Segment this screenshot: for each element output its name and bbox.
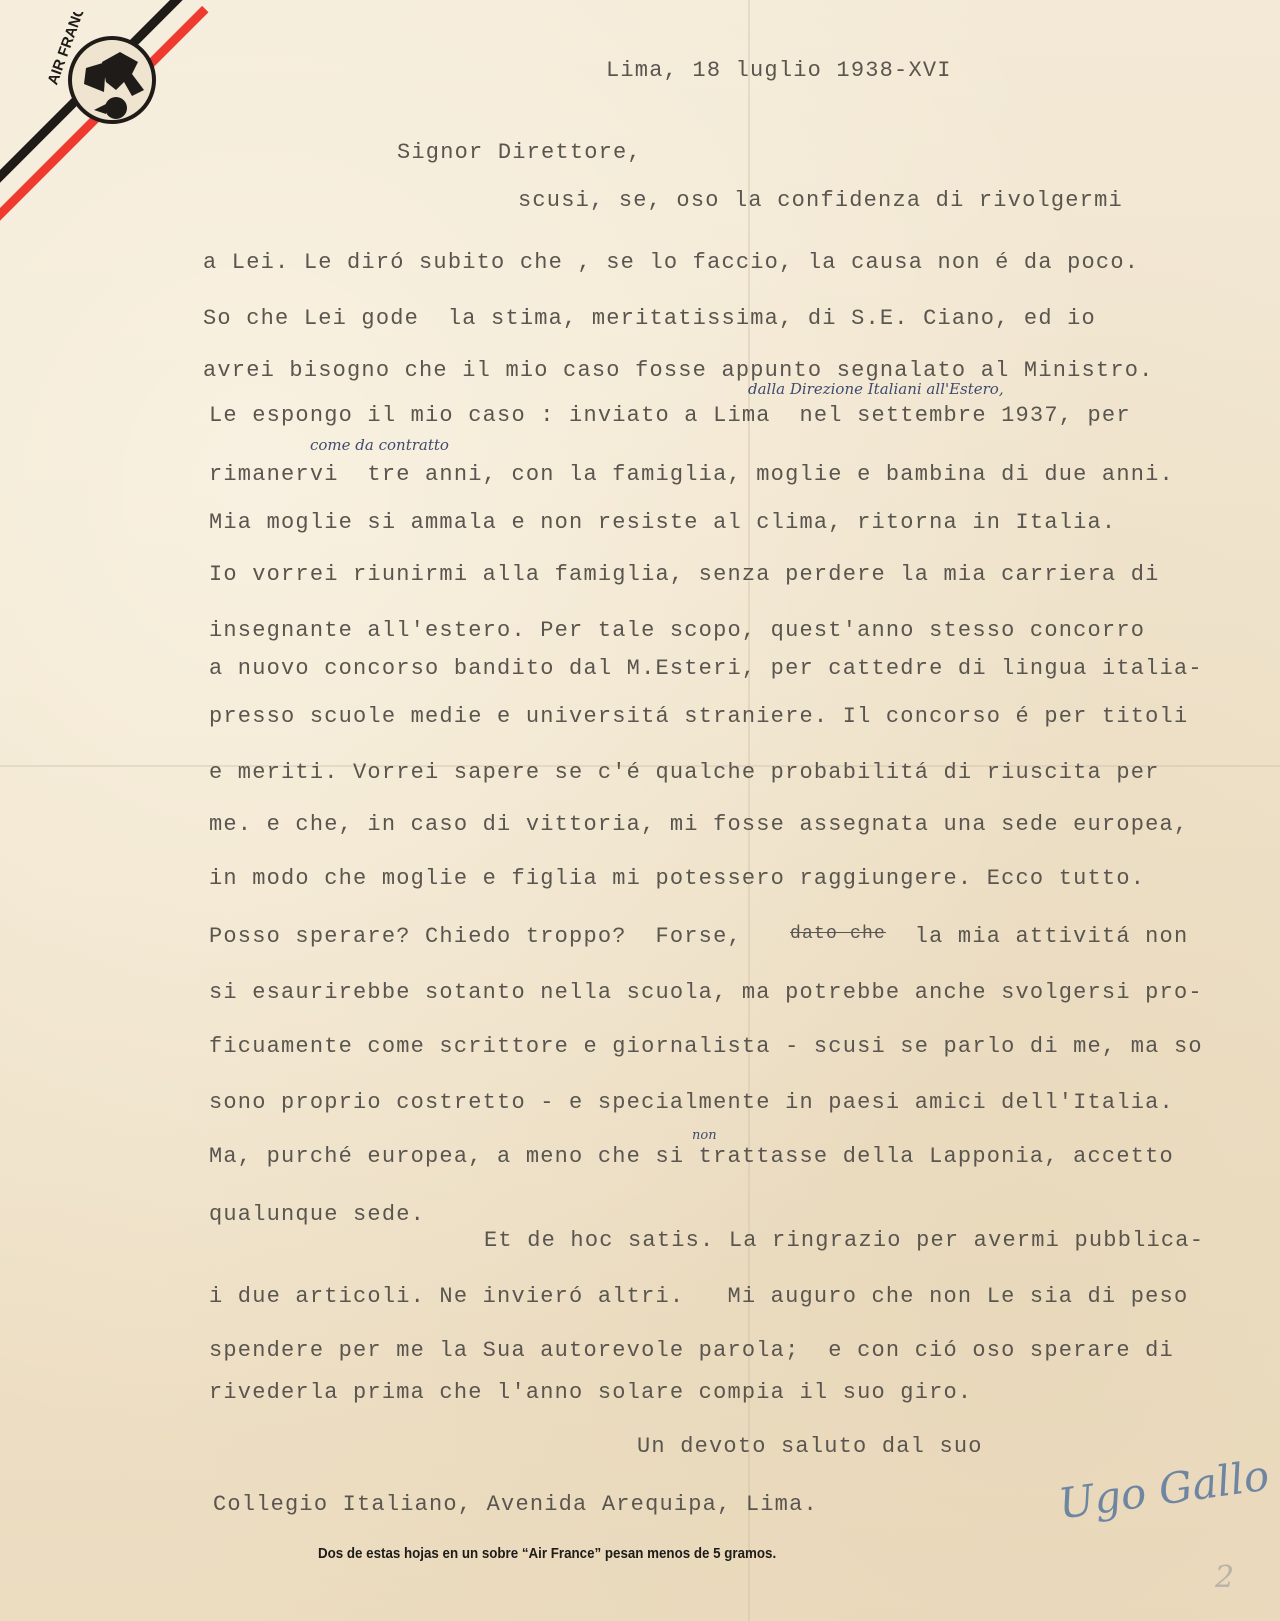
closing-line: Un devoto saluto dal suo [637,1434,983,1459]
air-france-logo-icon: AIR FRANCE [40,12,160,132]
struck-text: dato che [790,924,886,944]
body-line: Ma, purché europea, a meno che si tratta… [209,1144,1174,1169]
body-line: e meriti. Vorrei sapere se c'é qualche p… [209,760,1160,785]
body-line: Posso sperare? Chiedo troppo? Forse, la … [209,924,1188,949]
paper-fold-vertical [748,0,750,1621]
body-line: sono proprio costretto - e specialmente … [209,1090,1174,1115]
page-number: 2 [1215,1560,1234,1595]
body-line: a Lei. Le diró subito che , se lo faccio… [203,250,1139,275]
body-line: in modo che moglie e figlia mi potessero… [209,866,1145,891]
body-line: a nuovo concorso bandito dal M.Esteri, p… [209,656,1203,681]
body-line: rimanervi tre anni, con la famiglia, mog… [209,462,1174,487]
body-line: Le espongo il mio caso : inviato a Lima … [209,403,1131,428]
body-line: spendere per me la Sua autorevole parola… [209,1338,1174,1363]
body-line: Io vorrei riunirmi alla famiglia, senza … [209,562,1160,587]
body-line: scusi, se, oso la confidenza di rivolger… [518,188,1123,213]
body-line: presso scuole medie e universitá stranie… [209,704,1188,729]
handwritten-insertion: non [692,1128,717,1143]
body-line: i due articoli. Ne invieró altri. Mi aug… [209,1284,1188,1309]
dateline: Lima, 18 luglio 1938-XVI [606,58,952,83]
sender-address: Collegio Italiano, Avenida Arequipa, Lim… [213,1492,818,1517]
letter-paper [0,0,1280,1621]
printed-footer-note: Dos de estas hojas en un sobre “Air Fran… [318,1546,776,1562]
body-line: insegnante all'estero. Per tale scopo, q… [209,618,1145,643]
body-line: avrei bisogno che il mio caso fosse appu… [203,358,1154,383]
body-line: si esaurirebbe sotanto nella scuola, ma … [209,980,1203,1005]
body-line: qualunque sede. [209,1202,425,1227]
body-line: Mia moglie si ammala e non resiste al cl… [209,510,1116,535]
body-line: So che Lei gode la stima, meritatissima,… [203,306,1096,331]
handwritten-insertion: dalla Direzione Italiani all'Estero, [748,380,1004,398]
salutation: Signor Direttore, [397,140,642,165]
body-line: me. e che, in caso di vittoria, mi fosse… [209,812,1188,837]
handwritten-insertion: come da contratto [310,436,449,454]
body-line: ficuamente come scrittore e giornalista … [209,1034,1203,1059]
body-line: Et de hoc satis. La ringrazio per avermi… [484,1228,1204,1253]
body-line: rivederla prima che l'anno solare compia… [209,1380,972,1405]
